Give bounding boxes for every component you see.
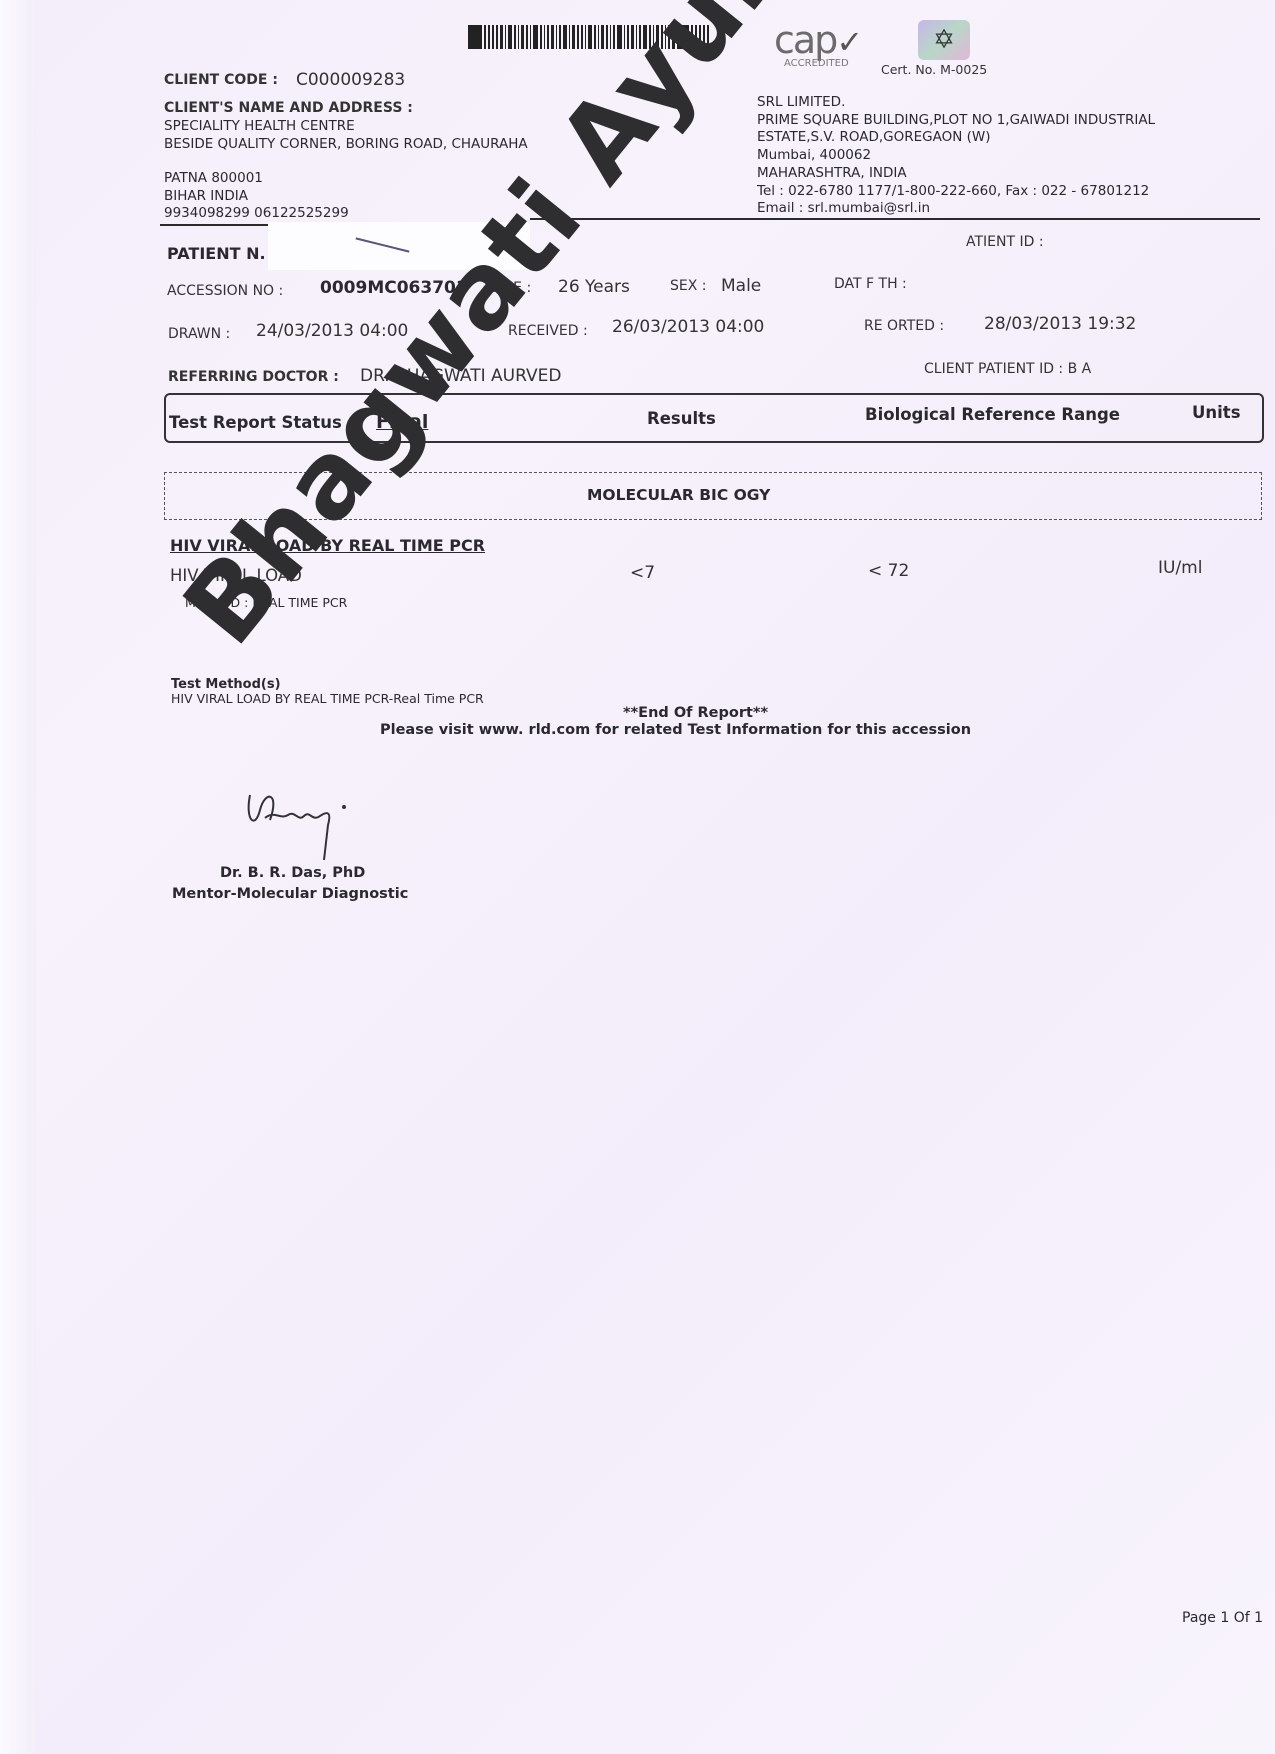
- section-title: MOLECULAR BIC OGY: [587, 486, 770, 504]
- ref-range-header: Biological Reference Range: [865, 405, 1120, 424]
- dob-label: DAT F TH :: [834, 276, 907, 292]
- client-name-label: CLIENT'S NAME AND ADDRESS :: [164, 100, 413, 116]
- divider: [160, 224, 270, 226]
- referring-doctor-label: REFERRING DOCTOR :: [168, 369, 339, 385]
- methods-text: HIV VIRAL LOAD BY REAL TIME PCR-Real Tim…: [171, 691, 484, 706]
- test-units: IU/ml: [1158, 558, 1202, 578]
- received-value: 26/03/2013 04:00: [612, 317, 764, 337]
- accession-label: ACCESSION NO :: [167, 283, 283, 299]
- sex-value: Male: [721, 276, 761, 296]
- end-of-report: **End Of Report**: [623, 705, 768, 721]
- accreditation-seal-icon: ✡: [918, 20, 970, 60]
- sex-label: SEX :: [670, 278, 707, 294]
- signatory-name: Dr. B. R. Das, PhD: [220, 865, 365, 881]
- units-header: Units: [1192, 403, 1241, 422]
- divider: [530, 218, 1260, 220]
- client-patient-id: CLIENT PATIENT ID : B A: [924, 361, 1091, 377]
- lab-address: SRL LIMITED. PRIME SQUARE BUILDING,PLOT …: [757, 94, 1155, 218]
- client-code-label: CLIENT CODE :: [164, 72, 278, 88]
- patient-id-label: ATIENT ID :: [966, 234, 1044, 250]
- test-result: <7: [630, 563, 655, 583]
- results-header: Results: [647, 409, 716, 428]
- cert-no: Cert. No. M-0025: [881, 62, 987, 77]
- signature: [240, 780, 350, 860]
- page-number: Page 1 Of 1: [1182, 1610, 1263, 1626]
- cap-accredited-text: ACCREDITED: [784, 58, 849, 69]
- client-code: C000009283: [296, 70, 405, 90]
- reported-value: 28/03/2013 19:32: [984, 314, 1136, 334]
- signatory-title: Mentor-Molecular Diagnostic: [172, 886, 408, 902]
- drawn-label: DRAWN :: [168, 326, 230, 342]
- age-value: 26 Years: [558, 277, 630, 297]
- cap-logo: cap✓: [774, 18, 861, 62]
- patient-name-label: PATIENT N.: [167, 244, 266, 263]
- reported-label: RE ORTED :: [864, 318, 944, 334]
- scan-edge: [0, 0, 36, 1754]
- test-ref-range: < 72: [868, 561, 909, 581]
- visit-website: Please visit www. rld.com for related Te…: [380, 722, 971, 738]
- methods-title: Test Method(s): [171, 677, 281, 692]
